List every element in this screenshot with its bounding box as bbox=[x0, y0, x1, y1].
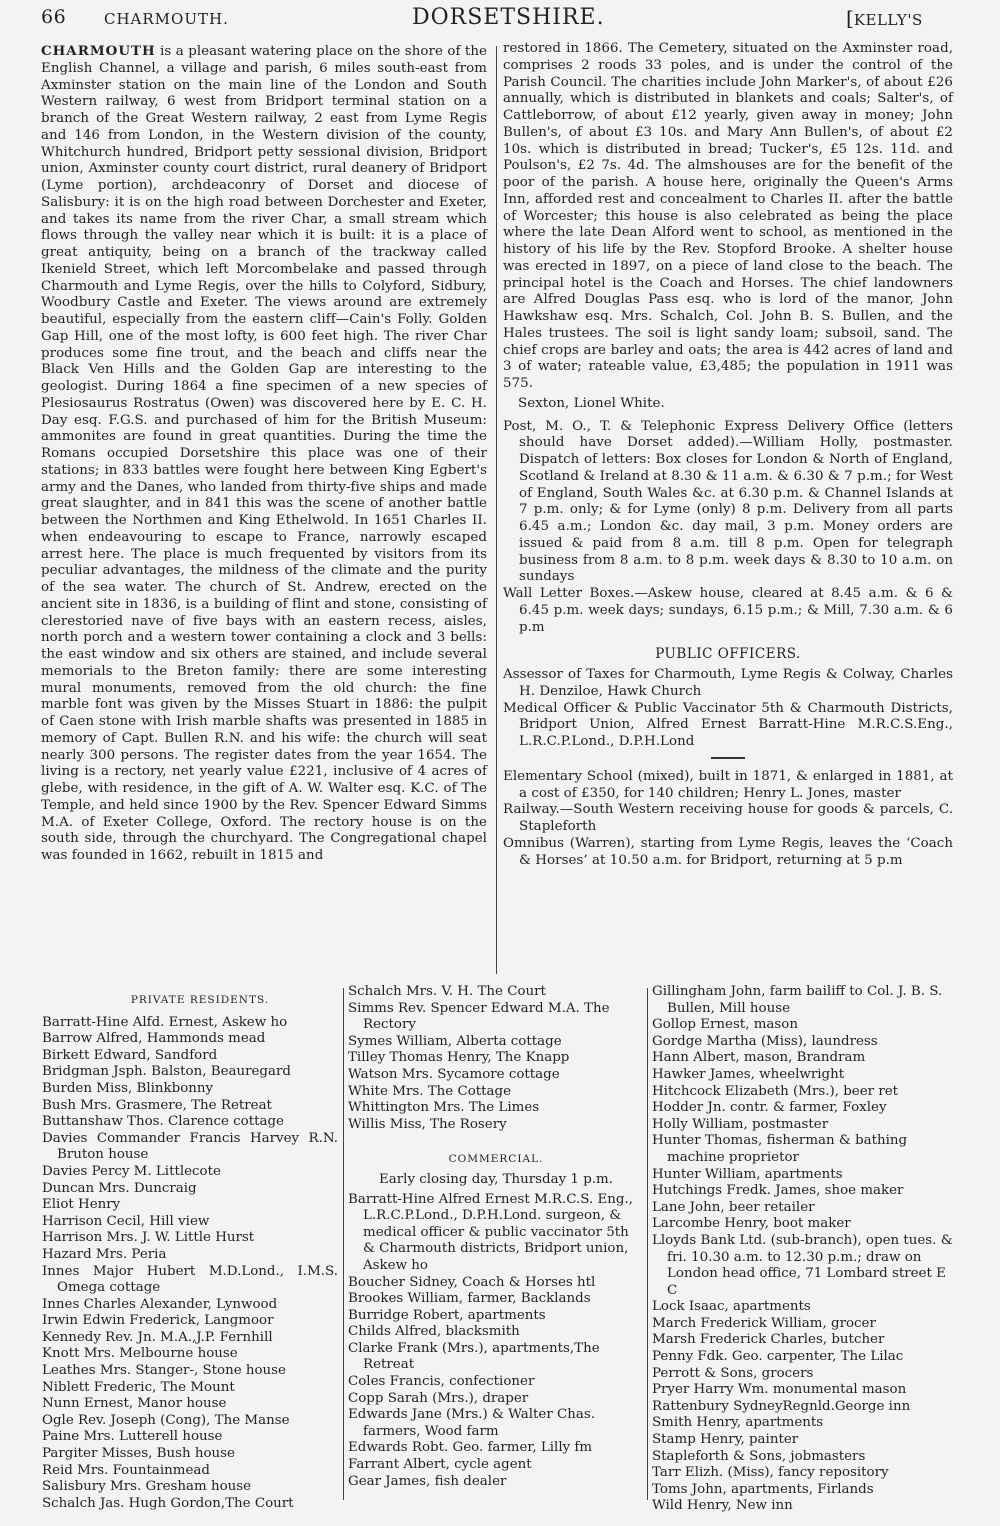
description-paragraph: CHARMOUTH is a pleasant watering place o… bbox=[41, 43, 487, 865]
list-item: Childs Alfred, blacksmith bbox=[348, 1324, 644, 1341]
list-item: Wild Henry, New inn bbox=[652, 1498, 956, 1515]
list-item: Birkett Edward, Sandford bbox=[42, 1048, 338, 1065]
list-item: Gollop Ernest, mason bbox=[652, 1017, 956, 1034]
list-item: Hutchings Fredk. James, shoe maker bbox=[652, 1183, 956, 1200]
list-item: Eliot Henry bbox=[42, 1197, 338, 1214]
description-continued: restored in 1866. The Cemetery, situated… bbox=[503, 41, 953, 393]
commercial-column-3: Gillingham John, farm bailiff to Col. J.… bbox=[652, 984, 956, 1515]
wall-boxes-entry: Wall Letter Boxes.—Askew house, cleared … bbox=[503, 586, 953, 636]
list-item: Holly William, postmaster bbox=[652, 1117, 956, 1134]
institution-entry: Omnibus (Warren), starting from Lyme Reg… bbox=[503, 836, 953, 870]
list-item: Reid Mrs. Fountainmead bbox=[42, 1463, 338, 1480]
publisher-name: KELLY'S bbox=[854, 11, 923, 29]
page-number: 66 bbox=[41, 6, 66, 28]
list-item: Lane John, beer retailer bbox=[652, 1200, 956, 1217]
private-residents-heading: PRIVATE RESIDENTS. bbox=[62, 992, 338, 1009]
list-item: Hitchcock Elizabeth (Mrs.), beer ret bbox=[652, 1084, 956, 1101]
list-item: Simms Rev. Spencer Edward M.A. The Recto… bbox=[348, 1001, 644, 1034]
list-item: Coles Francis, confectioner bbox=[348, 1374, 644, 1391]
list-item: Gordge Martha (Miss), laundress bbox=[652, 1034, 956, 1051]
description-right-column: restored in 1866. The Cemetery, situated… bbox=[503, 41, 953, 869]
description-left-column: CHARMOUTH is a pleasant watering place o… bbox=[41, 43, 487, 865]
list-item: Gillingham John, farm bailiff to Col. J.… bbox=[652, 984, 956, 1017]
list-item: Irwin Edwin Frederick, Langmoor bbox=[42, 1313, 338, 1330]
private-residents-column-1: PRIVATE RESIDENTS. Barratt-Hine Alfd. Er… bbox=[42, 992, 338, 1512]
list-item: Gear James, fish dealer bbox=[348, 1474, 644, 1491]
list-item: Willis Miss, The Rosery bbox=[348, 1117, 644, 1134]
list-item: Watson Mrs. Sycamore cottage bbox=[348, 1067, 644, 1084]
list-item: Pryer Harry Wm. monumental mason bbox=[652, 1382, 956, 1399]
list-divider bbox=[343, 988, 344, 1500]
list-item: Hazard Mrs. Peria bbox=[42, 1247, 338, 1264]
list-item: Toms John, apartments, Firlands bbox=[652, 1482, 956, 1499]
list-item: Knott Mrs. Melbourne house bbox=[42, 1346, 338, 1363]
list-item: Hann Albert, mason, Brandram bbox=[652, 1050, 956, 1067]
list-item: Harrison Cecil, Hill view bbox=[42, 1214, 338, 1231]
residents-commercial-column-2: Schalch Mrs. V. H. The Court Simms Rev. … bbox=[348, 984, 644, 1490]
list-item: Boucher Sidney, Coach & Horses htl bbox=[348, 1275, 644, 1292]
list-item: Marsh Frederick Charles, butcher bbox=[652, 1332, 956, 1349]
list-item: Tarr Elizh. (Miss), fancy repository bbox=[652, 1465, 956, 1482]
list-item: Innes Charles Alexander, Lynwood bbox=[42, 1297, 338, 1314]
list-item: Ogle Rev. Joseph (Cong), The Manse bbox=[42, 1413, 338, 1430]
list-item: Edwards Robt. Geo. farmer, Lilly fm bbox=[348, 1440, 644, 1457]
list-item: Bridgman Jsph. Balston, Beauregard bbox=[42, 1064, 338, 1081]
list-item: Penny Fdk. Geo. carpenter, The Lilac bbox=[652, 1349, 956, 1366]
list-item: Salisbury Mrs. Gresham house bbox=[42, 1479, 338, 1496]
list-item: Davies Commander Francis Harvey R.N. Bru… bbox=[42, 1131, 338, 1164]
list-item: Burridge Robert, apartments bbox=[348, 1308, 644, 1325]
list-item: Symes William, Alberta cottage bbox=[348, 1034, 644, 1051]
column-divider bbox=[496, 46, 497, 974]
place-heading: CHARMOUTH. bbox=[104, 10, 229, 28]
list-item: Burden Miss, Blinkbonny bbox=[42, 1081, 338, 1098]
post-office-entry: Post, M. O., T. & Telephonic Express Del… bbox=[503, 419, 953, 587]
list-item: Duncan Mrs. Duncraig bbox=[42, 1181, 338, 1198]
public-officers-heading: PUBLIC OFFICERS. bbox=[503, 646, 953, 663]
list-divider bbox=[647, 988, 648, 1500]
list-item: March Frederick William, grocer bbox=[652, 1316, 956, 1333]
list-item: Rattenbury SydneyRegnld.George inn bbox=[652, 1399, 956, 1416]
list-item: Barrow Alfred, Hammonds mead bbox=[42, 1031, 338, 1048]
running-header: 66 CHARMOUTH. DORSETSHIRE. [KELLY'S bbox=[0, 4, 1000, 34]
list-item: Whittington Mrs. The Limes bbox=[348, 1100, 644, 1117]
list-item: Tilley Thomas Henry, The Knapp bbox=[348, 1050, 644, 1067]
officer-entry: Assessor of Taxes for Charmouth, Lyme Re… bbox=[503, 667, 953, 701]
list-item: Stamp Henry, painter bbox=[652, 1432, 956, 1449]
list-item: Edwards Jane (Mrs.) & Walter Chas. farme… bbox=[348, 1407, 644, 1440]
list-item: Pargiter Misses, Bush house bbox=[42, 1446, 338, 1463]
list-item: Farrant Albert, cycle agent bbox=[348, 1457, 644, 1474]
list-item: Perrott & Sons, grocers bbox=[652, 1366, 956, 1383]
list-item: Davies Percy M. Littlecote bbox=[42, 1164, 338, 1181]
list-item: Schalch Jas. Hugh Gordon,The Court bbox=[42, 1496, 338, 1513]
list-item: Clarke Frank (Mrs.), apartments,The Retr… bbox=[348, 1341, 644, 1374]
section-rule bbox=[711, 757, 745, 759]
list-item: Barratt-Hine Alfred Ernest M.R.C.S. Eng.… bbox=[348, 1192, 644, 1275]
list-item: Niblett Frederic, The Mount bbox=[42, 1380, 338, 1397]
county-title: DORSETSHIRE. bbox=[412, 5, 605, 30]
list-item: Hawker James, wheelwright bbox=[652, 1067, 956, 1084]
bracket-glyph: [ bbox=[846, 6, 854, 30]
list-item: Lock Isaac, apartments bbox=[652, 1299, 956, 1316]
list-item: Lloyds Bank Ltd. (sub-branch), open tues… bbox=[652, 1233, 956, 1299]
list-item: Harrison Mrs. J. W. Little Hurst bbox=[42, 1230, 338, 1247]
commercial-heading: COMMERCIAL. bbox=[348, 1151, 644, 1168]
list-item: Stapleforth & Sons, jobmasters bbox=[652, 1449, 956, 1466]
directory-page: 66 CHARMOUTH. DORSETSHIRE. [KELLY'S CHAR… bbox=[0, 0, 1000, 1526]
list-item: Brookes William, farmer, Backlands bbox=[348, 1291, 644, 1308]
institution-entry: Railway.—South Western receiving house f… bbox=[503, 802, 953, 836]
list-item: Barratt-Hine Alfd. Ernest, Askew ho bbox=[42, 1015, 338, 1032]
list-item: Schalch Mrs. V. H. The Court bbox=[348, 984, 644, 1001]
list-item: Hodder Jn. contr. & farmer, Foxley bbox=[652, 1100, 956, 1117]
list-item: Bush Mrs. Grasmere, The Retreat bbox=[42, 1098, 338, 1115]
list-item: Leathes Mrs. Stanger-, Stone house bbox=[42, 1363, 338, 1380]
list-item: Smith Henry, apartments bbox=[652, 1415, 956, 1432]
institution-entry: Elementary School (mixed), built in 1871… bbox=[503, 769, 953, 803]
list-item: Nunn Ernest, Manor house bbox=[42, 1396, 338, 1413]
list-item: Buttanshaw Thos. Clarence cottage bbox=[42, 1114, 338, 1131]
list-item: Hunter Thomas, fisherman & bathing machi… bbox=[652, 1133, 956, 1166]
list-item: Copp Sarah (Mrs.), draper bbox=[348, 1391, 644, 1408]
description-text: is a pleasant watering place on the shor… bbox=[41, 44, 487, 863]
publisher-mark: [KELLY'S bbox=[846, 6, 923, 30]
list-item: White Mrs. The Cottage bbox=[348, 1084, 644, 1101]
list-item: Paine Mrs. Lutterell house bbox=[42, 1429, 338, 1446]
list-item: Hunter William, apartments bbox=[652, 1167, 956, 1184]
list-item: Kennedy Rev. Jn. M.A.,J.P. Fernhill bbox=[42, 1330, 338, 1347]
early-closing-note: Early closing day, Thursday 1 p.m. bbox=[348, 1172, 644, 1189]
list-item: Larcombe Henry, boot maker bbox=[652, 1216, 956, 1233]
officer-entry: Medical Officer & Public Vaccinator 5th … bbox=[503, 701, 953, 751]
list-item: Innes Major Hubert M.D.Lond., I.M.S. Ome… bbox=[42, 1264, 338, 1297]
sexton-line: Sexton, Lionel White. bbox=[503, 396, 953, 413]
place-lead-word: CHARMOUTH bbox=[41, 43, 156, 59]
